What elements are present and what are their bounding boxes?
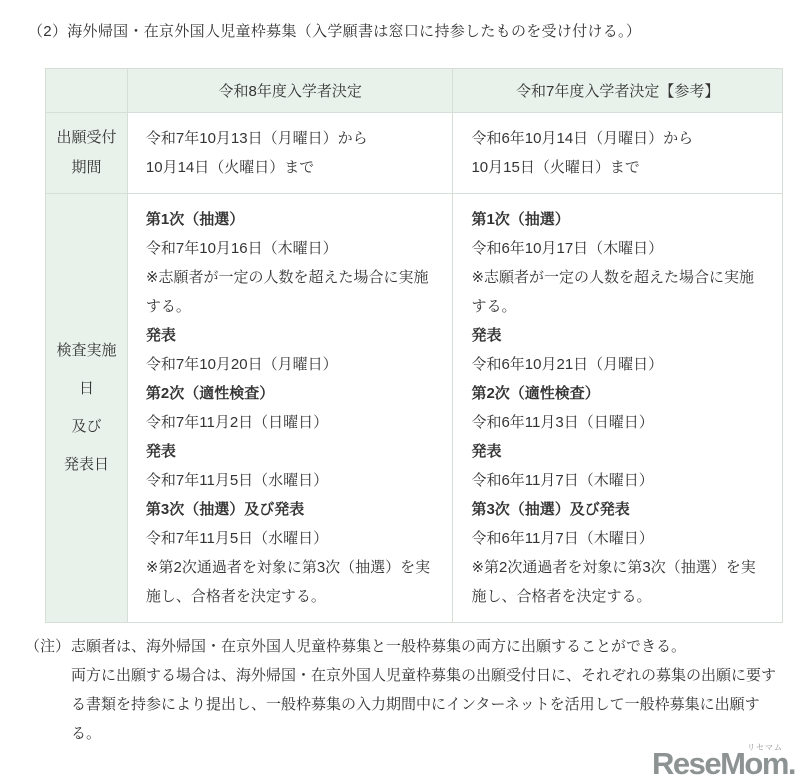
exam-schedule-row: 検査実施日 及び 発表日 第1次（抽選） 令和7年10月16日（木曜日） ※志願… [46,194,783,623]
application-period-row: 出願受付期間 令和7年10月13日（月曜日）から 10月14日（火曜日）まで 令… [46,113,783,194]
stage-note: ※志願者が一定の人数を超えた場合に実施する。 [471,263,768,321]
stage-heading: 第1次（抽選） [471,205,768,234]
label-line: 及び [52,408,121,446]
stage-heading: 第1次（抽選） [146,205,439,234]
stage-heading: 第2次（適性検査） [146,379,439,408]
application-period-reiwa8-cell: 令和7年10月13日（月曜日）から 10月14日（火曜日）まで [127,113,453,194]
column-header-reiwa7: 令和7年度入学者決定【参考】 [453,69,783,113]
admission-schedule-table: 令和8年度入学者決定 令和7年度入学者決定【参考】 出願受付期間 令和7年10月… [45,68,783,623]
stage-heading: 発表 [471,321,768,350]
stage-date: 令和6年11月7日（木曜日） [471,466,768,495]
stage-note: ※第2次通過者を対象に第3次（抽選）を実施し、合格者を決定する。 [146,553,439,611]
stage-heading: 第2次（適性検査） [471,379,768,408]
stage-date: 令和6年11月3日（日曜日） [471,408,768,437]
row-label-exam-schedule: 検査実施日 及び 発表日 [46,194,128,623]
resemom-watermark: リセマム ReseMom. [652,744,799,784]
period-line: 令和6年10月14日（月曜日）から [471,124,768,153]
stage-date: 令和6年10月21日（月曜日） [471,350,768,379]
stage-date: 令和7年11月5日（水曜日） [146,524,439,553]
stage-heading: 第3次（抽選）及び発表 [471,495,768,524]
stage-heading: 発表 [146,437,439,466]
label-line: 検査実施日 [52,332,121,408]
exam-schedule-reiwa7-cell: 第1次（抽選） 令和6年10月17日（木曜日） ※志願者が一定の人数を超えた場合… [453,194,783,623]
stage-date: 令和6年10月17日（木曜日） [471,234,768,263]
stage-date: 令和7年11月5日（水曜日） [146,466,439,495]
row-label-application-period: 出願受付期間 [46,113,128,194]
stage-note: ※第2次通過者を対象に第3次（抽選）を実施し、合格者を決定する。 [471,553,768,611]
stage-date: 令和7年10月16日（木曜日） [146,234,439,263]
period-line: 令和7年10月13日（月曜日）から [146,124,439,153]
resemom-ruby-label: リセマム [747,742,783,753]
footnote: （注） 志願者は、海外帰国・在京外国人児童枠募集と一般枠募集の両方に出願すること… [25,632,787,748]
label-line: 発表日 [52,446,121,484]
stage-heading: 発表 [146,321,439,350]
page-title: （2）海外帰国・在京外国人児童枠募集（入学願書は窓口に持参したものを受け付ける。… [28,20,641,41]
footnote-marker: （注） [25,632,71,748]
column-header-reiwa8: 令和8年度入学者決定 [127,69,453,113]
exam-schedule-reiwa8-cell: 第1次（抽選） 令和7年10月16日（木曜日） ※志願者が一定の人数を超えた場合… [127,194,453,623]
stage-date: 令和7年11月2日（日曜日） [146,408,439,437]
period-line: 10月14日（火曜日）まで [146,153,439,182]
stage-heading: 発表 [471,437,768,466]
stage-heading: 第3次（抽選）及び発表 [146,495,439,524]
footnote-body: 志願者は、海外帰国・在京外国人児童枠募集と一般枠募集の両方に出願することができる… [71,632,787,748]
stage-note: ※志願者が一定の人数を超えた場合に実施する。 [146,263,439,321]
stage-date: 令和7年10月20日（月曜日） [146,350,439,379]
application-period-reiwa7-cell: 令和6年10月14日（月曜日）から 10月15日（火曜日）まで [453,113,783,194]
table-header-row: 令和8年度入学者決定 令和7年度入学者決定【参考】 [46,69,783,113]
footnote-paragraph: 志願者は、海外帰国・在京外国人児童枠募集と一般枠募集の両方に出願することができる… [71,632,787,661]
corner-cell [46,69,128,113]
period-line: 10月15日（火曜日）まで [471,153,768,182]
footnote-paragraph: 両方に出願する場合は、海外帰国・在京外国人児童枠募集の出願受付日に、それぞれの募… [71,661,787,748]
stage-date: 令和6年11月7日（木曜日） [471,524,768,553]
